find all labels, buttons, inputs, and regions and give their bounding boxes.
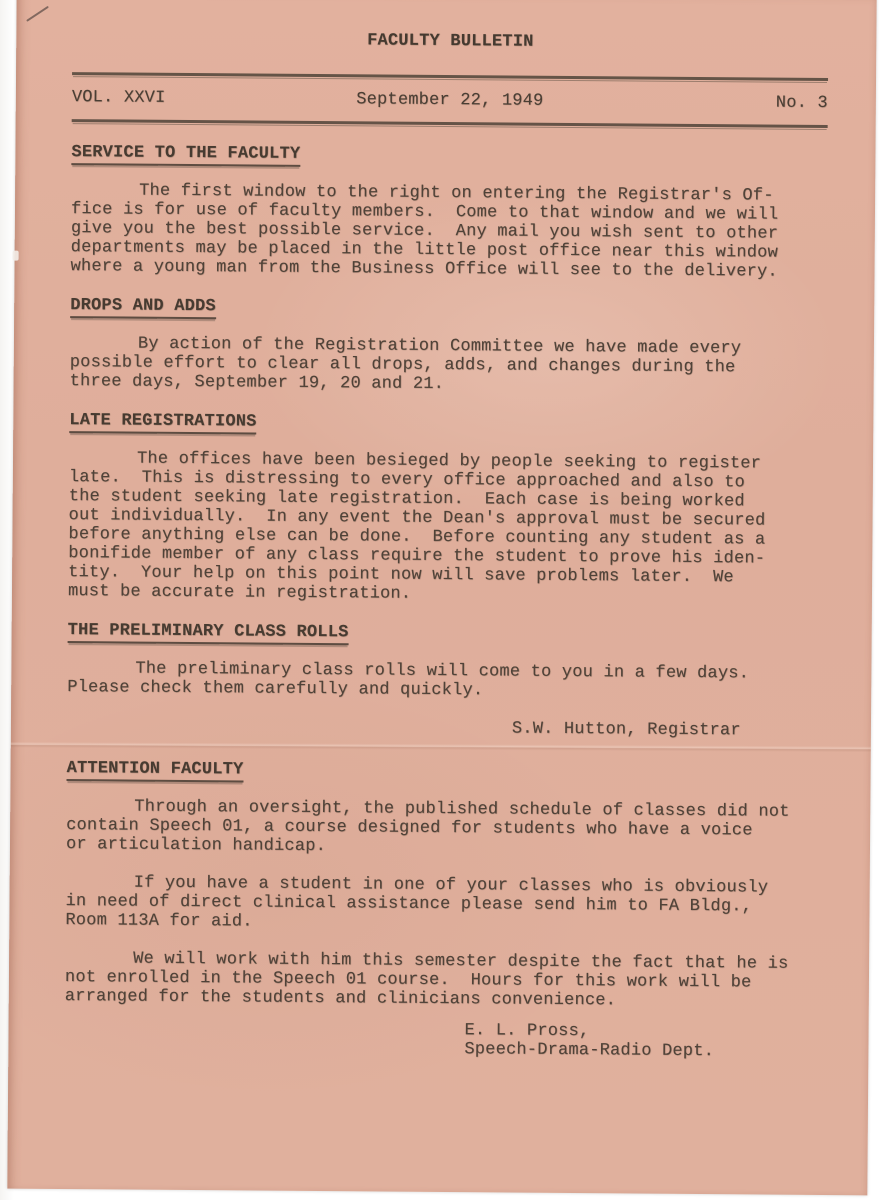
section-service-to-the-faculty: SERVICE TO THE FACULTY The first window … (70, 143, 827, 282)
signature-speech-dept: E. L. Pross, Speech-Drama-Radio Dept. (464, 1021, 820, 1062)
section-heading: LATE REGISTRATIONS (69, 411, 825, 439)
document-content: FACULTY BULLETIN VOL. XXVI September 22,… (8, 0, 876, 1062)
paragraph: By action of the Registration Committee … (70, 334, 826, 397)
document-page: FACULTY BULLETIN VOL. XXVI September 22,… (7, 0, 876, 1195)
section-heading: THE PRELIMINARY CLASS ROLLS (68, 621, 824, 649)
paragraph: We will work with him this semester desp… (65, 949, 821, 1012)
section-heading: ATTENTION FACULTY (67, 759, 823, 787)
paragraph: The offices have been besieged by people… (68, 449, 825, 607)
section-drops-and-adds: DROPS AND ADDS By action of the Registra… (70, 296, 827, 397)
section-attention-faculty: ATTENTION FACULTY Through an oversight, … (64, 759, 822, 1062)
paragraph: If you have a student in one of your cla… (65, 873, 821, 936)
scan-background: FACULTY BULLETIN VOL. XXVI September 22,… (0, 0, 893, 1200)
masthead: VOL. XXVI September 22, 1949 No. 3 (72, 88, 828, 113)
section-heading: SERVICE TO THE FACULTY (71, 143, 827, 171)
paragraph: The preliminary class rolls will come to… (67, 659, 823, 703)
signature-registrar: S.W. Hutton, Registrar (512, 720, 823, 741)
bulletin-title: FACULTY BULLETIN (72, 29, 828, 54)
paragraph: The first window to the right on enterin… (70, 181, 827, 282)
section-late-registrations: LATE REGISTRATIONS The offices have been… (68, 411, 825, 607)
masthead-rule-top (72, 72, 828, 81)
section-heading: DROPS AND ADDS (70, 296, 826, 324)
paragraph: Through an oversight, the published sche… (66, 797, 822, 860)
issue-date: September 22, 1949 (72, 88, 828, 113)
section-preliminary-class-rolls: THE PRELIMINARY CLASS ROLLS The prelimin… (67, 621, 824, 741)
masthead-rule-bottom (72, 119, 828, 128)
